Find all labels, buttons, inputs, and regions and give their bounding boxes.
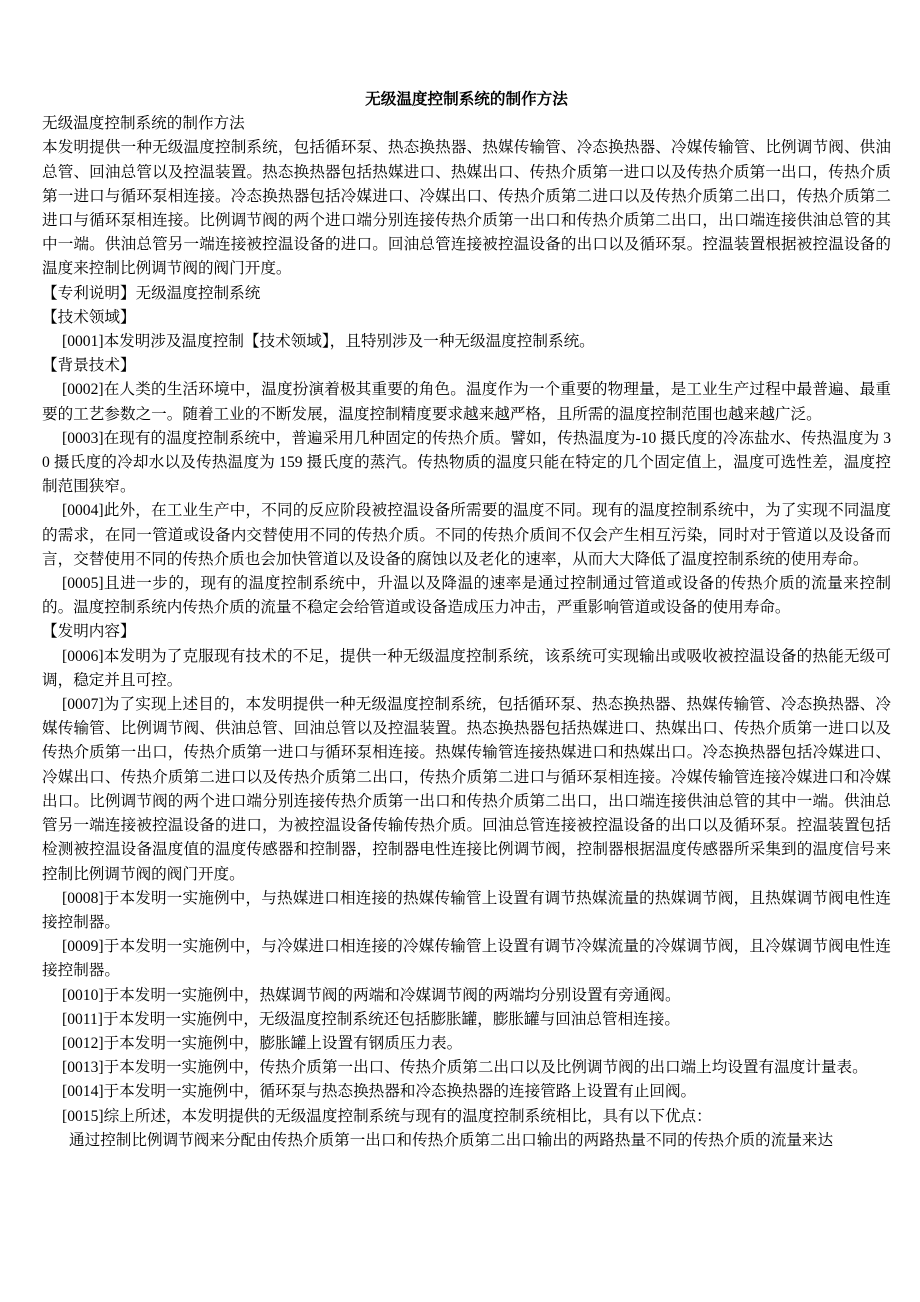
section-heading-technical-field: 【技术领域】 bbox=[42, 306, 891, 330]
paragraph-0009: [0009]于本发明一实施例中，与冷媒进口相连接的冷媒传输管上设置有调节冷媒流量… bbox=[42, 935, 891, 983]
paragraph-0007: [0007]为了实现上述目的，本发明提供一种无级温度控制系统，包括循环泵、热态换… bbox=[42, 693, 891, 887]
paragraph-0011: [0011]于本发明一实施例中，无级温度控制系统还包括膨胀罐，膨胀罐与回油总管相… bbox=[42, 1008, 891, 1032]
paragraph-0013: [0013]于本发明一实施例中，传热介质第一出口、传热介质第二出口以及比例调节阀… bbox=[42, 1056, 891, 1080]
paragraph-0001: [0001]本发明涉及温度控制【技术领域】，且特别涉及一种无级温度控制系统。 bbox=[42, 330, 891, 354]
paragraph-0014: [0014]于本发明一实施例中，循环泵与热态换热器和冷态换热器的连接管路上设置有… bbox=[42, 1080, 891, 1104]
advantage-list-item: 通过控制比例调节阀来分配由传热介质第一出口和传热介质第二出口输出的两路热量不同的… bbox=[42, 1129, 891, 1153]
patent-document-page: 无级温度控制系统的制作方法 无级温度控制系统的制作方法 本发明提供一种无级温度控… bbox=[0, 0, 920, 1153]
paragraph-0008: [0008]于本发明一实施例中，与热媒进口相连接的热媒传输管上设置有调节热媒流量… bbox=[42, 887, 891, 935]
section-heading-background: 【背景技术】 bbox=[42, 354, 891, 378]
paragraph-0015: [0015]综上所述，本发明提供的无级温度控制系统与现有的温度控制系统相比，具有… bbox=[42, 1105, 891, 1129]
section-heading-invention-content: 【发明内容】 bbox=[42, 620, 891, 644]
heading-repeat: 无级温度控制系统的制作方法 bbox=[42, 112, 891, 136]
paragraph-0005: [0005]且进一步的，现有的温度控制系统中，升温以及降温的速率是通过控制通过管… bbox=[42, 572, 891, 620]
paragraph-0003: [0003]在现有的温度控制系统中，普遍采用几种固定的传热介质。譬如，传热温度为… bbox=[42, 427, 891, 500]
paragraph-0004: [0004]此外，在工业生产中，不同的反应阶段被控温设备所需要的温度不同。现有的… bbox=[42, 499, 891, 572]
abstract-paragraph: 本发明提供一种无级温度控制系统，包括循环泵、热态换热器、热媒传输管、冷态换热器、… bbox=[42, 136, 891, 281]
paragraph-0002: [0002]在人类的生活环境中，温度扮演着极其重要的角色。温度作为一个重要的物理… bbox=[42, 378, 891, 426]
paragraph-0006: [0006]本发明为了克服现有技术的不足，提供一种无级温度控制系统，该系统可实现… bbox=[42, 645, 891, 693]
document-title: 无级温度控制系统的制作方法 bbox=[42, 88, 891, 112]
paragraph-0012: [0012]于本发明一实施例中，膨胀罐上设置有钢质压力表。 bbox=[42, 1032, 891, 1056]
paragraph-0010: [0010]于本发明一实施例中，热媒调节阀的两端和冷媒调节阀的两端均分别设置有旁… bbox=[42, 984, 891, 1008]
patent-description-line: 【专利说明】无级温度控制系统 bbox=[42, 282, 891, 306]
